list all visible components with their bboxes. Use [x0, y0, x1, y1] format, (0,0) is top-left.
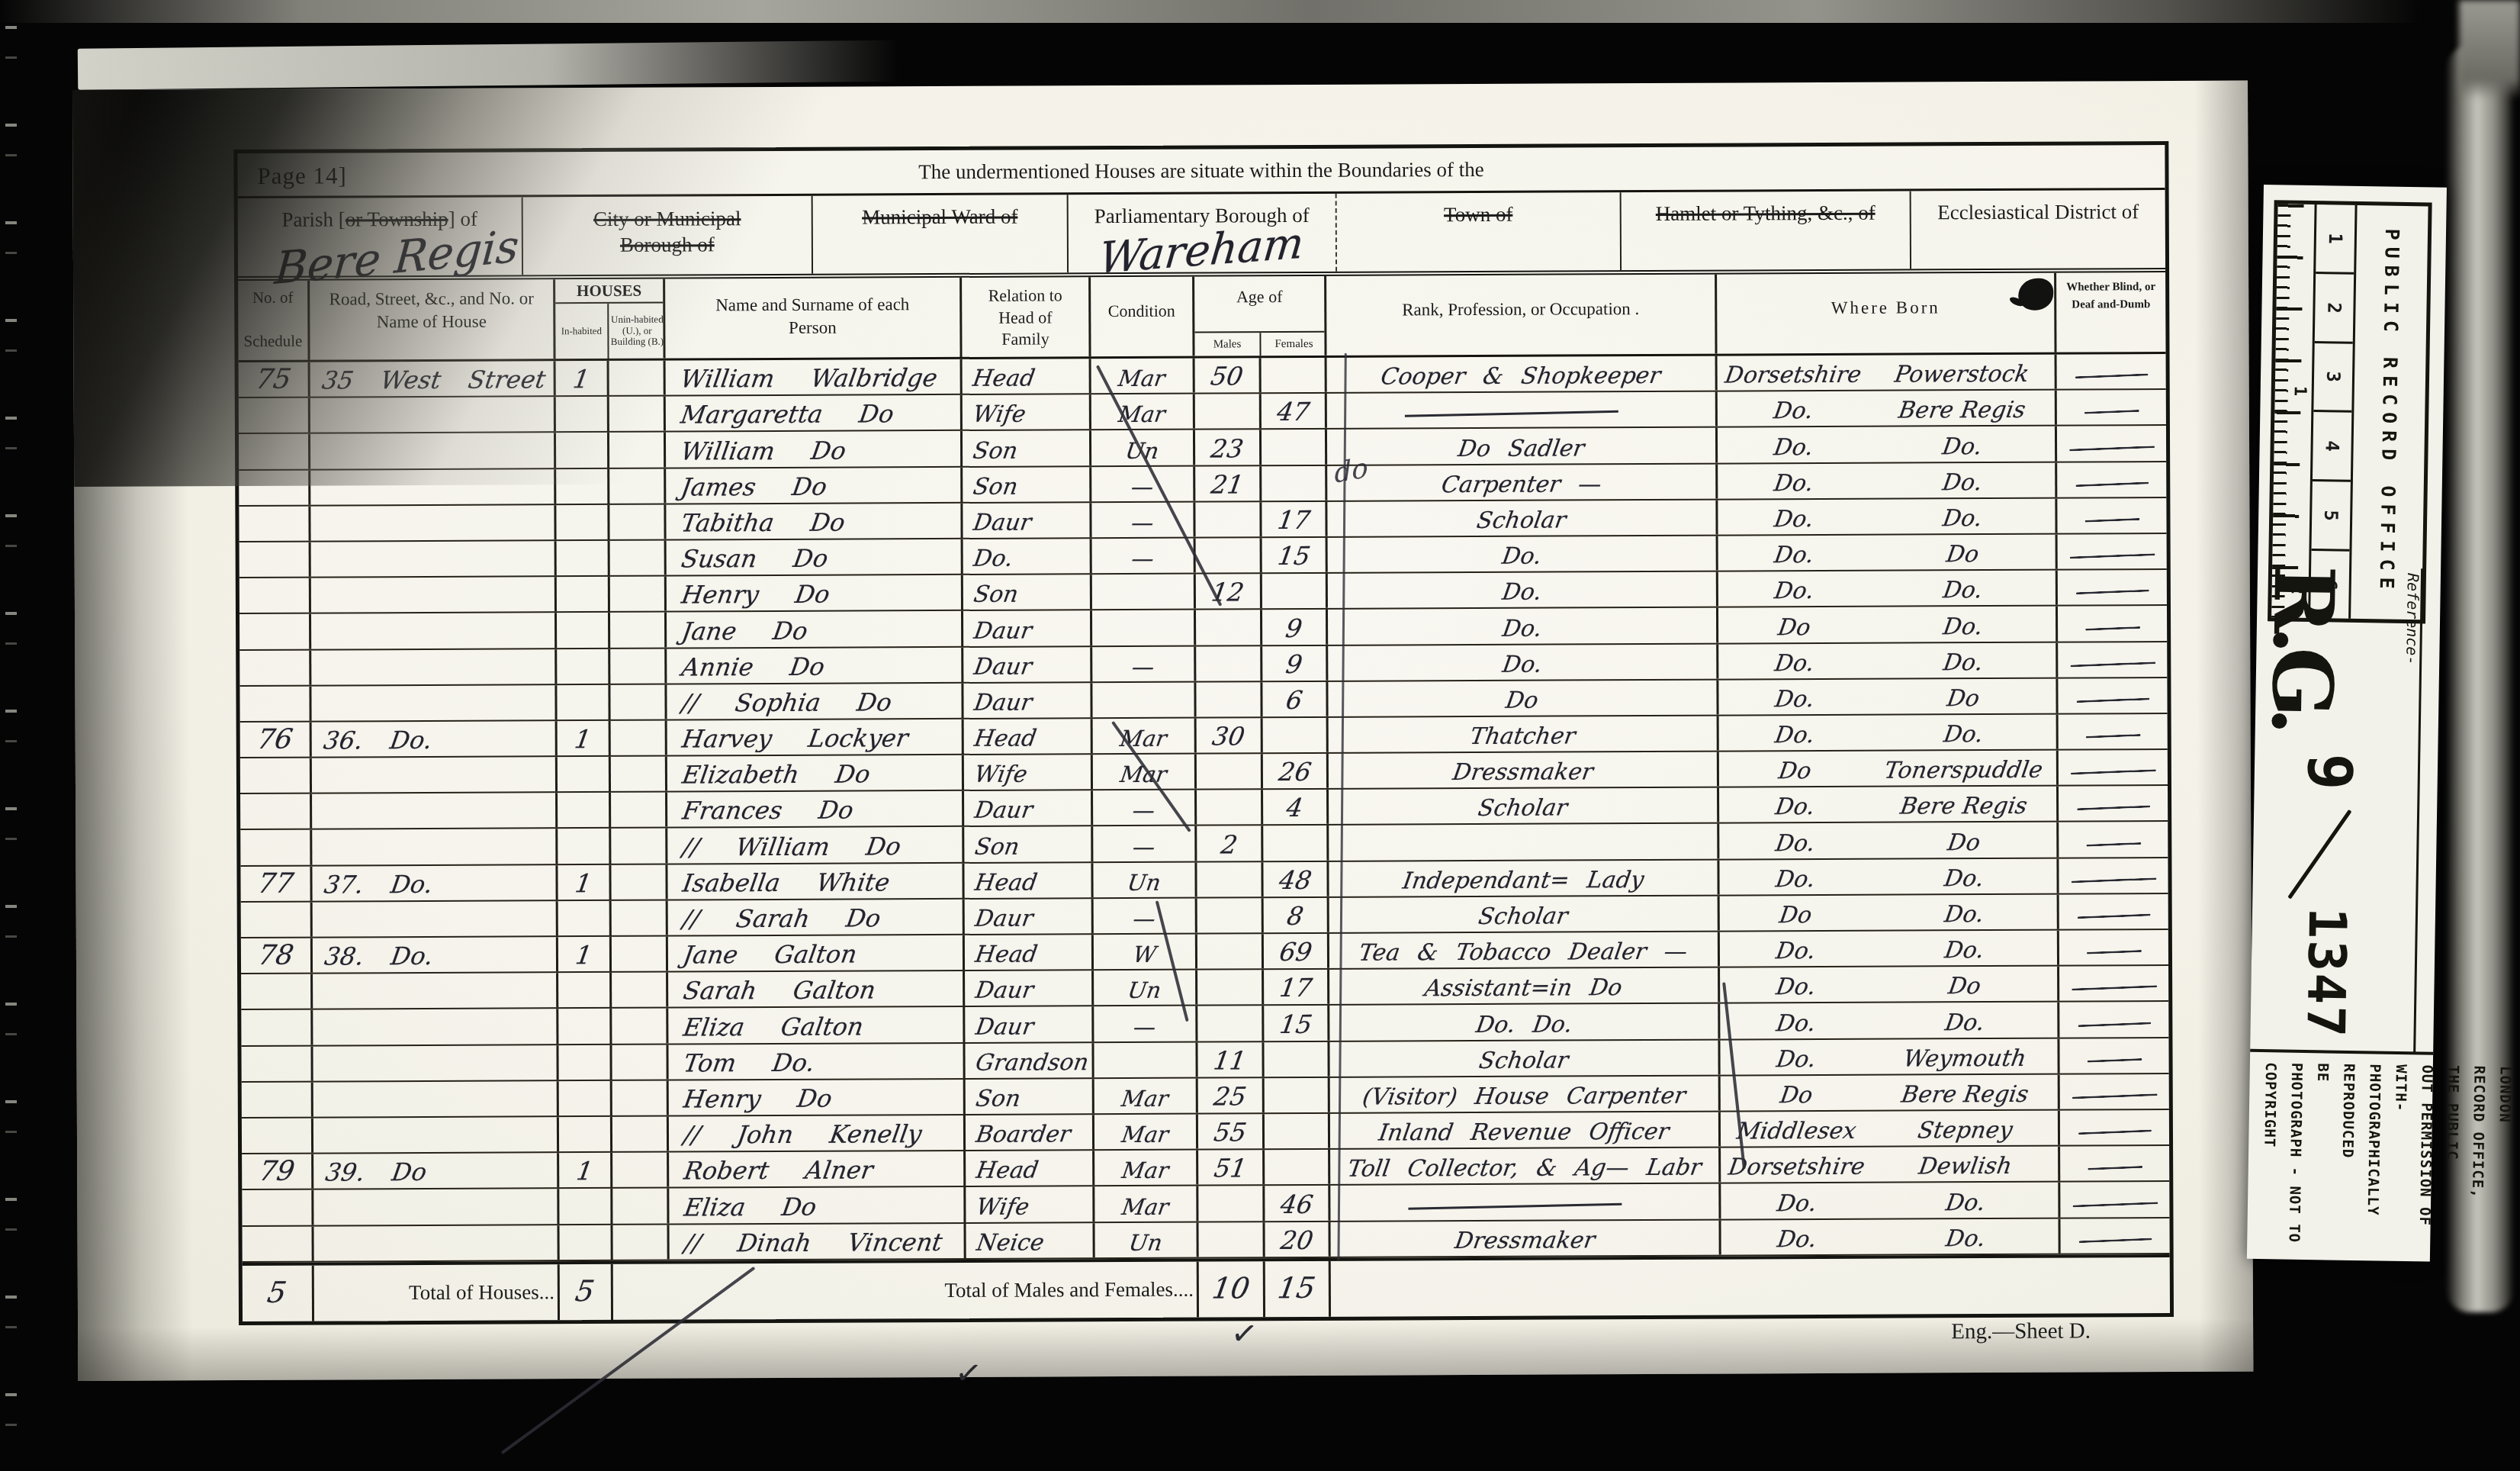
cell-sched: 77 — [240, 866, 312, 901]
cell-agef — [1262, 574, 1328, 609]
cell-born: Do.Do. — [1721, 1218, 2060, 1254]
cell-born: Do.Do — [1720, 967, 2059, 1003]
cell-wh — [2059, 1002, 2168, 1037]
cell-name: // William Do — [667, 827, 964, 863]
cell-rel: Head — [964, 863, 1093, 898]
infirmity-dash — [2070, 661, 2155, 667]
cell-wh — [2057, 462, 2166, 497]
cell-inh: 1 — [558, 721, 611, 755]
cell-road — [310, 433, 556, 469]
cell-occ: Cooper & Shopkeeper — [1327, 356, 1718, 392]
cell-uninh — [611, 720, 667, 755]
cell-sched: 78 — [241, 938, 313, 974]
infirmity-dash — [2078, 1238, 2152, 1243]
record-group-label: R.G. — [2259, 565, 2345, 764]
cell-agef — [1264, 1041, 1329, 1077]
cell-uninh — [611, 864, 667, 900]
cell-agef — [1263, 718, 1329, 753]
cell-rel: Wife — [963, 394, 1091, 430]
cell-road — [314, 1225, 560, 1261]
infirmity-dash — [2078, 1022, 2151, 1027]
cell-agem: 23 — [1195, 430, 1262, 465]
ruler-ticks-major — [2271, 204, 2304, 617]
cell-cond: — — [1093, 826, 1197, 861]
cell-occ: Do — [1328, 680, 1718, 716]
cell-name: James Do — [666, 467, 963, 503]
cell-wh — [2060, 1182, 2169, 1217]
cell-road — [310, 505, 556, 541]
cell-agef: 48 — [1263, 861, 1329, 896]
cell-rel: Son — [963, 467, 1091, 502]
cell-sched — [243, 1226, 314, 1261]
cell-born: MiddlesexStepney — [1721, 1111, 2060, 1147]
cell-uninh — [612, 1153, 669, 1188]
cell-occ: Assistant=in Do — [1329, 968, 1720, 1004]
cell-inh — [557, 577, 610, 611]
col-name: Name and Surname of each Person — [665, 278, 962, 359]
cell-inh — [558, 793, 611, 827]
cell-occ: Thatcher — [1329, 716, 1719, 752]
cell-agem — [1197, 970, 1264, 1005]
cell-rel: Head — [964, 719, 1093, 754]
cell-name: Harvey Lockyer — [667, 719, 964, 755]
infirmity-dash — [2069, 553, 2155, 558]
cell-rel: Wife — [964, 755, 1093, 790]
adjacent-page-edge — [78, 40, 933, 90]
cell-occ: Inland Revenue Officer — [1330, 1112, 1721, 1148]
cell-wh — [2059, 894, 2168, 929]
cell-name: Eliza Do — [669, 1187, 966, 1223]
cell-agef — [1262, 465, 1327, 501]
cell-uninh — [609, 433, 666, 468]
cell-inh — [556, 397, 609, 431]
cell-sched: 79 — [242, 1154, 313, 1189]
cell-born: Do.Do. — [1721, 1183, 2060, 1218]
check-mark: ✓ — [1229, 1313, 1260, 1354]
cell-road — [312, 829, 558, 865]
infirmity-dash — [2084, 410, 2139, 414]
cell-inh — [558, 901, 612, 935]
cell-cond: Mar — [1093, 718, 1197, 753]
infirmity-dash — [2072, 1202, 2158, 1207]
infirmity-dash — [2087, 1058, 2142, 1063]
cell-agem — [1197, 862, 1263, 897]
cell-inh — [556, 468, 609, 503]
city-borough-cell: City or Municipal Borough of — [523, 196, 813, 275]
cell-uninh — [610, 613, 667, 648]
cell-inh — [558, 757, 611, 791]
town-cell: Town of — [1337, 192, 1622, 272]
cell-name: Isabella White — [667, 864, 964, 900]
cell-inh — [557, 613, 610, 647]
col-where-born: Where Born — [1717, 273, 2056, 354]
cell-agem: 30 — [1197, 718, 1263, 753]
cell-born: Do.Do. — [1720, 1003, 2059, 1038]
occupation-dash — [1405, 410, 1618, 417]
cell-sched — [239, 506, 310, 541]
cell-rel: Daur — [965, 899, 1094, 934]
infirmity-dash — [2071, 877, 2156, 883]
cell-road: 37. Do. — [312, 865, 558, 901]
cell-agem: 2 — [1197, 826, 1263, 861]
cell-agem: 21 — [1195, 466, 1262, 501]
cell-rel: Head — [965, 935, 1094, 970]
cell-born: DoDo. — [1720, 894, 2059, 930]
cell-occ: Do. — [1328, 644, 1718, 680]
infirmity-dash — [2086, 842, 2141, 847]
infirmity-dash — [2070, 769, 2155, 774]
infirmity-dash — [2075, 481, 2149, 487]
cell-occ: Do. — [1328, 536, 1718, 572]
cell-born: Do.Do. — [1718, 571, 2058, 607]
cell-road: 35 West Street — [310, 361, 556, 397]
cell-occ: Scholar — [1329, 788, 1719, 824]
cell-cond — [1094, 1042, 1197, 1077]
cell-uninh — [612, 900, 668, 935]
cell-rel: Daur — [965, 1007, 1094, 1042]
cell-agef — [1265, 1150, 1330, 1185]
cell-agef: 9 — [1262, 645, 1328, 681]
cell-agef — [1263, 826, 1329, 861]
page-number: Page 14] — [257, 162, 346, 190]
cell-inh — [558, 1045, 612, 1079]
cell-uninh — [609, 468, 666, 504]
film-sprocket-marks — [5, 0, 17, 1471]
cell-wh — [2059, 1038, 2168, 1073]
totals-houses-value: 5 — [560, 1264, 613, 1320]
cell-born: Do.Bere Regis — [1719, 787, 2059, 822]
cell-cond: — — [1091, 466, 1195, 501]
parliamentary-value-handwriting: Wareham — [1097, 218, 1306, 284]
cell-inh — [559, 1189, 612, 1223]
cell-name: William Walbridge — [666, 359, 963, 395]
cell-rel: Son — [963, 575, 1092, 610]
cell-uninh — [612, 1117, 669, 1152]
record-group-number: 9 — [2294, 753, 2366, 791]
cell-name: Henry Do — [667, 575, 963, 611]
cell-occ: Independant= Lady — [1329, 860, 1719, 896]
cell-uninh — [610, 541, 667, 576]
infirmity-dash — [2072, 1093, 2157, 1099]
cell-name: Frances Do — [667, 791, 964, 827]
cell-rel: Daur — [963, 503, 1091, 538]
col-road: Road, Street, &c., and No. or Name of Ho… — [310, 279, 555, 359]
cell-agef — [1262, 430, 1327, 465]
cell-agef — [1262, 358, 1327, 393]
cell-occ: Scholar — [1329, 896, 1720, 932]
cell-inh — [558, 1009, 612, 1043]
cell-name: // Dinah Vincent — [669, 1223, 966, 1259]
cell-sched — [239, 614, 311, 649]
cell-sched — [239, 398, 310, 433]
cell-sched — [239, 650, 311, 685]
infirmity-dash — [2077, 913, 2150, 919]
cell-name: William Do — [666, 431, 963, 467]
cell-wh — [2060, 1146, 2169, 1181]
cell-inh — [557, 541, 610, 575]
cell-sched — [239, 578, 311, 613]
cell-born: Do.Do — [1718, 535, 2058, 571]
cell-agem: 50 — [1195, 358, 1262, 393]
cell-wh — [2058, 642, 2167, 678]
cell-inh — [559, 1225, 612, 1259]
cell-occ: Tea & Tobacco Dealer — — [1329, 932, 1720, 968]
cell-occ — [1330, 1184, 1721, 1220]
cell-name: Annie Do — [667, 647, 963, 683]
cell-road — [313, 973, 558, 1009]
ruler-cm-label: 1 — [2290, 386, 2309, 397]
cell-cond: Mar — [1094, 1115, 1198, 1150]
infirmity-dash — [2086, 950, 2141, 954]
cell-agem: 11 — [1197, 1042, 1264, 1077]
cell-born: DorsetshireDewlish — [1721, 1147, 2060, 1183]
cell-agem — [1196, 610, 1262, 645]
pro-office-title: PUBLIC RECORD OFFICE — [2351, 205, 2428, 620]
sheet-designation: Eng.—Sheet D. — [1951, 1318, 2091, 1344]
cell-uninh — [612, 1045, 668, 1080]
cell-road — [311, 613, 557, 649]
cell-road — [313, 1189, 559, 1225]
cell-agem — [1198, 1186, 1265, 1222]
film-edge-right-top — [2459, 0, 2520, 99]
cell-uninh — [609, 504, 666, 539]
cell-wh — [2057, 498, 2166, 533]
cell-wh — [2059, 858, 2168, 893]
totals-empty — [1331, 1257, 2170, 1317]
cell-cond: Mar — [1091, 394, 1195, 430]
census-scan-viewport: Page 14] The undermentioned Houses are s… — [0, 0, 2520, 1471]
cell-name: Eliza Galton — [668, 1007, 965, 1043]
film-edge-top — [0, 0, 2520, 23]
cell-occ: Carpenter — — [1327, 464, 1718, 500]
cell-born: Do.Do. — [1719, 715, 2059, 751]
cell-cond — [1092, 575, 1196, 610]
cell-name: Sarah Galton — [668, 971, 965, 1007]
cell-road — [310, 397, 556, 433]
totals-houses-label: Total of Houses... — [314, 1264, 560, 1321]
cell-sched — [241, 902, 313, 937]
cell-rel: Wife — [966, 1186, 1094, 1222]
cell-inh — [556, 505, 609, 539]
cell-road — [311, 577, 557, 613]
cell-born: DorsetshirePowerstock — [1718, 355, 2057, 391]
cell-name: Tom Do. — [668, 1043, 965, 1079]
cell-sched: 75 — [239, 362, 310, 398]
cell-agem — [1197, 754, 1263, 789]
hamlet-tything-cell: Hamlet or Tything, &c., of — [1622, 191, 1911, 270]
cell-sched — [240, 758, 312, 793]
cell-road: 36. Do. — [312, 721, 558, 757]
cell-agef — [1265, 1078, 1330, 1113]
cell-agef: 15 — [1262, 538, 1328, 573]
cell-rel: Daur — [963, 683, 1092, 718]
cell-cond: — — [1092, 646, 1196, 681]
cell-agem — [1195, 394, 1262, 429]
census-table: Page 14] The undermentioned Houses are s… — [233, 141, 2174, 1325]
cell-agem — [1196, 682, 1262, 717]
cell-born: Do.Do — [1719, 822, 2059, 858]
parish-cell: Parish [or Township] of Bere Regis — [238, 197, 523, 276]
cell-occ — [1327, 392, 1718, 428]
cell-rel: Daur — [963, 610, 1092, 645]
cell-agef: 9 — [1262, 610, 1328, 645]
cell-born: Do.Do. — [1719, 858, 2059, 894]
ruler-inch-scale: 1 2 3 4 5 6 — [2308, 204, 2358, 619]
cell-name: Robert Alner — [669, 1151, 966, 1187]
infirmity-dash — [2076, 697, 2149, 703]
cell-occ: Toll Collector, & Ag— Labr — [1330, 1148, 1721, 1184]
cell-road — [311, 541, 557, 577]
cell-sched — [242, 1119, 313, 1154]
cell-uninh — [612, 937, 668, 972]
col-houses-group: HOUSES In-habited Unin-habited (U.), or … — [555, 279, 665, 359]
scan-shadow-right — [2194, 81, 2253, 1372]
cell-road — [311, 685, 557, 721]
col-age-group: Age of Males Females — [1194, 276, 1326, 356]
page-header-row: Page 14] The undermentioned Houses are s… — [237, 145, 2165, 198]
copyright-notice: COPYRIGHT PHOTOGRAPH - NOT TO BE REPRODU… — [2255, 1062, 2518, 1254]
col-relation: Relation to Head of Family — [962, 277, 1091, 357]
cell-road — [313, 1117, 559, 1153]
cell-name: Margaretta Do — [666, 395, 963, 431]
cell-agef: 4 — [1263, 790, 1329, 825]
cell-cond — [1092, 682, 1196, 717]
cell-wh — [2058, 606, 2167, 641]
cell-wh — [2057, 390, 2166, 425]
cell-sched — [239, 686, 311, 721]
cell-cond: Un — [1093, 862, 1197, 897]
cell-born: Do.Do. — [1718, 462, 2057, 498]
cell-inh — [557, 649, 610, 683]
infirmity-dash — [2085, 734, 2140, 739]
cell-born: Do.Do — [1718, 678, 2058, 714]
cell-road — [310, 469, 556, 505]
col-whether-blind: Whether Blind, or Deaf and-Dumb — [2056, 272, 2165, 352]
cell-road — [311, 649, 557, 685]
cell-uninh — [609, 397, 666, 432]
infirmity-dash — [2069, 446, 2155, 451]
cell-uninh — [611, 793, 667, 828]
cell-road — [313, 901, 558, 937]
cell-name: // Sophia Do — [667, 684, 963, 719]
cell-agem — [1197, 898, 1264, 933]
cell-agem — [1197, 1006, 1264, 1041]
cell-inh — [558, 973, 612, 1007]
cell-road: 39. Do — [313, 1153, 559, 1189]
cell-cond: W — [1094, 935, 1197, 970]
infirmity-dash — [2075, 590, 2149, 595]
cell-uninh — [610, 684, 667, 719]
cell-occ: (Visitor) House Carpenter — [1330, 1076, 1721, 1112]
cell-born: DoBere Regis — [1721, 1074, 2060, 1110]
cell-name: // Sarah Do — [668, 900, 965, 935]
infirmity-dash — [2075, 374, 2148, 379]
stray-ditto-mark: do — [1334, 452, 1369, 490]
cell-rel: Son — [966, 1079, 1094, 1114]
cell-road — [313, 1081, 559, 1117]
cell-wh — [2060, 1110, 2169, 1145]
cell-road: 38. Do. — [313, 937, 558, 973]
cell-inh: 1 — [558, 937, 612, 971]
cell-agef — [1265, 1114, 1330, 1149]
cell-road — [313, 1009, 558, 1045]
cell-agef: 17 — [1264, 970, 1329, 1005]
cell-cond — [1092, 610, 1196, 645]
cell-agem — [1197, 790, 1263, 825]
cell-agem — [1197, 934, 1264, 969]
cell-inh — [558, 829, 611, 863]
cell-cond: Un — [1094, 1222, 1198, 1257]
totals-row: 5 Total of Houses... 5 Total of Males an… — [243, 1254, 2170, 1321]
cell-name: Tabitha Do — [666, 504, 963, 539]
cell-born: Do.Weymouth — [1720, 1038, 2059, 1074]
col-houses-uninhabited: Unin-habited (U.), or Building (B.) — [609, 304, 665, 359]
cell-wh — [2060, 1074, 2169, 1109]
cell-born: DoDo. — [1718, 607, 2058, 642]
municipal-ward-cell: Municipal Ward of — [813, 195, 1069, 273]
cell-wh — [2059, 714, 2168, 749]
census-page: Page 14] The undermentioned Houses are s… — [72, 81, 2253, 1381]
cell-wh — [2059, 822, 2168, 857]
cell-wh — [2059, 750, 2168, 785]
cell-born: DoTonerspuddle — [1719, 751, 2059, 787]
cell-sched — [242, 1082, 313, 1117]
infirmity-dash — [2078, 1130, 2151, 1135]
cell-cond: Mar — [1094, 1186, 1198, 1222]
cell-sched — [241, 1046, 313, 1081]
cell-uninh — [611, 829, 667, 864]
pro-reference-card: 1 2 1 2 3 4 5 6 PUBLIC RECORD OFFICE R.G… — [2247, 185, 2447, 1262]
cell-uninh — [610, 577, 667, 612]
cell-agem — [1196, 646, 1262, 681]
cell-wh — [2060, 1218, 2169, 1254]
cell-cond: — — [1094, 898, 1197, 933]
cell-inh — [557, 685, 610, 719]
cell-occ: Do Sadler — [1327, 428, 1718, 464]
cell-rel: Son — [963, 431, 1091, 466]
cell-wh — [2057, 354, 2166, 389]
cell-sched: 76 — [240, 723, 312, 758]
cell-name: Henry Do — [669, 1080, 966, 1115]
cell-wh — [2058, 534, 2167, 569]
cell-agef: 17 — [1262, 502, 1327, 537]
cell-rel: Daur — [964, 790, 1093, 826]
cell-inh: 1 — [559, 1153, 612, 1187]
infirmity-dash — [2072, 986, 2157, 991]
cell-cond: — — [1091, 502, 1195, 537]
cell-rel: Boarder — [966, 1115, 1094, 1150]
column-header-row: No. of Schedule Road, Street, &c., and N… — [238, 272, 2165, 362]
cell-agem — [1195, 502, 1262, 537]
infirmity-dash — [2084, 518, 2139, 523]
cell-sched — [240, 794, 312, 829]
cell-occ — [1329, 824, 1719, 860]
cell-road — [312, 757, 558, 793]
totals-schedule: 5 — [243, 1265, 314, 1321]
cell-uninh — [612, 1189, 669, 1224]
cell-uninh — [610, 649, 667, 684]
pro-ruler: 1 2 1 2 3 4 5 6 PUBLIC RECORD OFFICE — [2268, 200, 2432, 623]
boundaries-row: Parish [or Township] of Bere Regis City … — [238, 190, 2165, 281]
cell-agef: 15 — [1264, 1006, 1329, 1041]
col-age-females: Females — [1261, 333, 1326, 356]
cell-rel: Do. — [963, 539, 1092, 574]
cell-agef: 47 — [1262, 394, 1327, 429]
cell-agef: 6 — [1262, 682, 1328, 717]
cell-agem — [1196, 538, 1262, 573]
infirmity-dash — [2077, 806, 2150, 811]
scan-shadow-bottom — [78, 1318, 2253, 1381]
